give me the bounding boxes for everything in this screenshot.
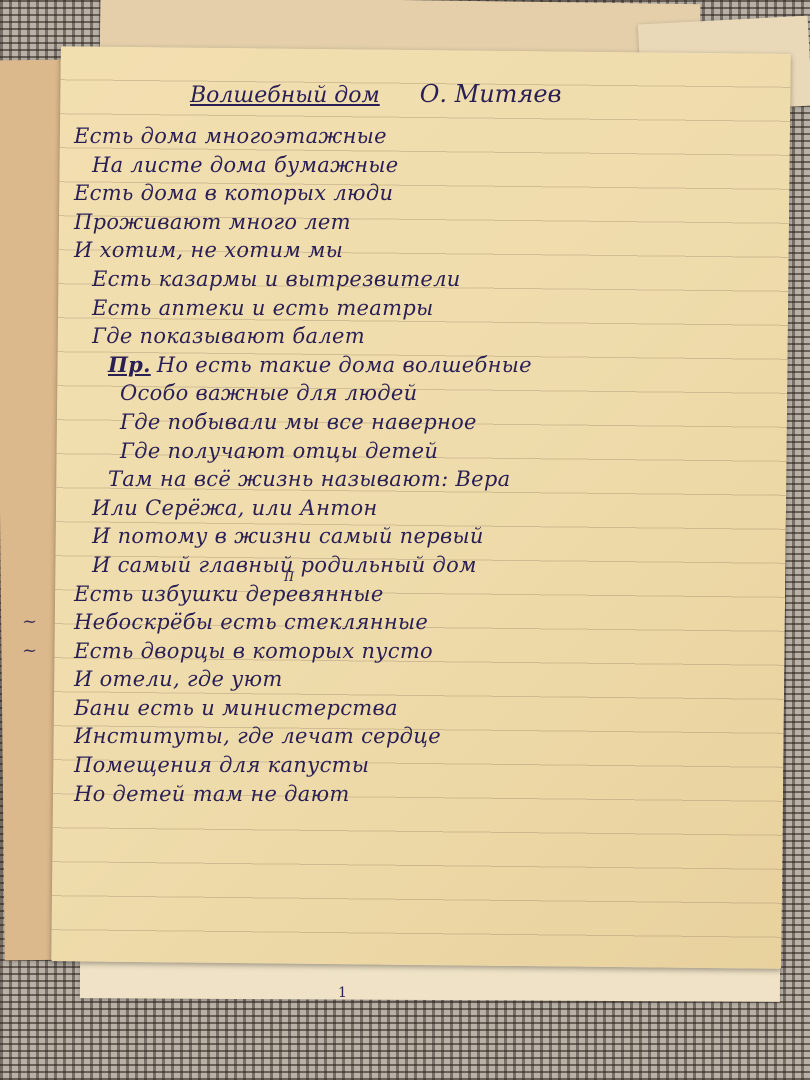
lyric-line: На листе дома бумажные (74, 151, 774, 180)
handwritten-lyrics: Волшебный дом О. Митяев Есть дома многоэ… (74, 80, 774, 808)
lyric-line: Проживают много лет (74, 208, 774, 237)
lyric-line: Есть дома в которых люди (74, 179, 774, 208)
lyric-line: Там на всё жизнь называют: Вера (74, 465, 774, 494)
lyric-text: Небоскрёбы есть стеклянные (74, 610, 428, 634)
verse-1: Есть дома многоэтажные На листе дома бум… (74, 122, 774, 351)
lyric-text: Но есть такие дома волшебные (157, 353, 532, 377)
header: Волшебный дом О. Митяев (190, 80, 774, 122)
lyric-line: И отели, где уют (74, 665, 774, 694)
lyric-text: Есть дворцы в которых пусто (74, 639, 433, 663)
chorus: Пр.Но есть такие дома волшебные Особо ва… (74, 351, 774, 580)
lyric-line: Но детей там не дают (74, 780, 774, 809)
page-number: 1 (338, 985, 347, 1001)
lyric-line: Бани есть и министерства (74, 694, 774, 723)
margin-mark: ~ (22, 608, 37, 637)
lyric-line: Особо важные для людей (74, 379, 774, 408)
lyric-line: И потому в жизни самый первый (74, 522, 774, 551)
lyric-line: Или Серёжа, или Антон (74, 494, 774, 523)
lyric-line: Где показывают балет (74, 322, 774, 351)
lyric-line: Есть дома многоэтажные (74, 122, 774, 151)
lyric-line: Где получают отцы детей (74, 437, 774, 466)
song-author: О. Митяев (420, 80, 562, 108)
lyric-line: Помещения для капусты (74, 751, 774, 780)
verse-2: II Есть избушки деревянные ~ Небоскрёбы … (74, 580, 774, 809)
chorus-marker: Пр. (108, 352, 151, 377)
song-title: Волшебный дом (190, 83, 380, 108)
lyric-line: Пр.Но есть такие дома волшебные (74, 351, 774, 380)
lyric-line: Есть аптеки и есть театры (74, 294, 774, 323)
lyric-line: ~ Небоскрёбы есть стеклянные (74, 608, 774, 637)
margin-mark: ~ (22, 637, 37, 666)
lyric-line: Где побывали мы все наверное (74, 408, 774, 437)
lyric-line: И хотим, не хотим мы (74, 236, 774, 265)
lyric-line: Есть казармы и вытрезвители (74, 265, 774, 294)
lyric-line: Институты, где лечат сердце (74, 722, 774, 751)
lyric-line: И самый главный родильный дом (74, 551, 774, 580)
lyric-line: Есть избушки деревянные (74, 580, 774, 609)
verse-number: II (284, 570, 294, 585)
lyric-line: ~ Есть дворцы в которых пусто (74, 637, 774, 666)
